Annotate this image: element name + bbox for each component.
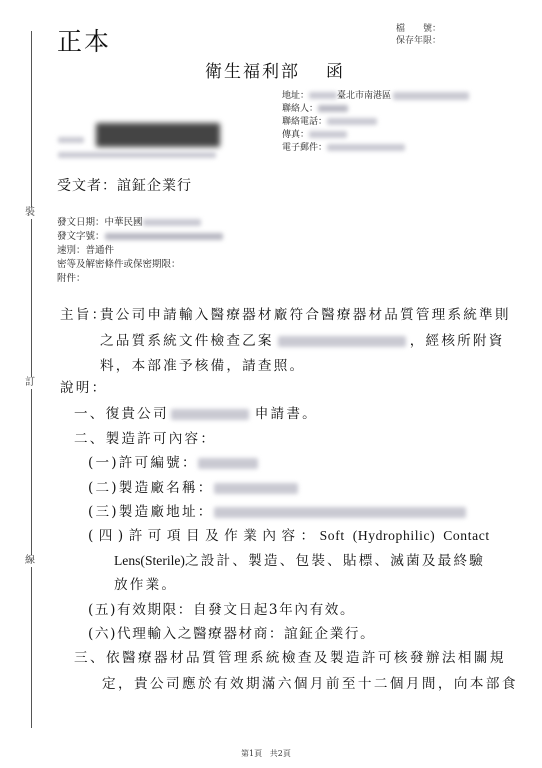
contact-phone: 聯絡電話： — [282, 116, 377, 129]
contact-address: 地址：臺北市南港區 — [282, 90, 469, 103]
binding-mark-ding: 訂 — [25, 377, 35, 389]
sub-item-3: (三)製造廠地址： — [88, 500, 466, 520]
subject-line-1: 貴公司申請輸入醫療器材廠符合醫療器材品質管理系統準則 — [100, 303, 511, 323]
explanation-item-2: 二、製造許可內容： — [74, 427, 216, 447]
recipient-name: 誼鉦企業行 — [117, 178, 192, 194]
doc-type: 函 — [326, 62, 345, 82]
sub-item-2: (二)製造廠名稱： — [88, 476, 298, 496]
meta-attachment: 附件： — [57, 270, 86, 284]
explanation-label: 說明： — [60, 376, 107, 396]
page-footer: 第1頁 共2頁 — [241, 748, 291, 759]
meta-reference: 發文字號： — [57, 228, 223, 242]
explanation-item-3-line-2: 定，貴公司應於有效期滿六個月前至十二個月間，向本部食 — [102, 672, 518, 692]
binding-mark-xian: 線 — [25, 555, 35, 567]
sub-item-4: (四)許可項目及作業內容：Soft (Hydrophilic) Contact — [88, 524, 490, 544]
subject-line-3: 料，本部准予核備，請查照。 — [100, 354, 305, 374]
original-mark: 正本 — [57, 22, 111, 58]
page-number: 第1頁 — [241, 749, 262, 758]
recipient-label: 受文者： — [57, 178, 117, 194]
sub-item-4-line-2: Lens(Sterile)之設計、製造、包裝、貼標、滅菌及最終驗 — [114, 549, 485, 569]
archive-retention: 保存年限： — [396, 33, 441, 46]
sub-item-1: (一)許可編號： — [88, 451, 258, 471]
meta-classification: 密等及解密條件或保密期限： — [57, 256, 181, 270]
explanation-item-1: 一、復貴公司申請書。 — [74, 402, 318, 422]
document-title: 衛生福利部函 — [205, 57, 345, 82]
sub-item-4-line-3: 放作業。 — [114, 573, 177, 593]
meta-speed: 速別：普通件 — [57, 242, 114, 256]
contact-person: 聯絡人： — [282, 103, 348, 116]
recipient: 受文者：誼鉦企業行 — [57, 175, 192, 195]
agency-name: 衛生福利部 — [205, 62, 300, 82]
subject-line-2: 之品質系統文件檢查乙案，經核所附資 — [100, 329, 505, 349]
contact-email: 電子郵件： — [282, 142, 405, 155]
explanation-item-3: 三、依醫療器材品質管理系統檢查及製造許可核發辦法相關規 — [74, 646, 506, 666]
meta-date: 發文日期：中華民國 — [57, 214, 201, 228]
sub-item-5: (五)有效期限：自發文日起3年內有效。 — [88, 598, 355, 618]
page-total: 共2頁 — [270, 749, 291, 758]
sub-item-6: (六)代理輸入之醫療器材商：誼鉦企業行。 — [88, 622, 375, 642]
contact-fax: 傳真： — [282, 129, 347, 142]
binding-mark-zhuang: 裝 — [25, 207, 35, 219]
